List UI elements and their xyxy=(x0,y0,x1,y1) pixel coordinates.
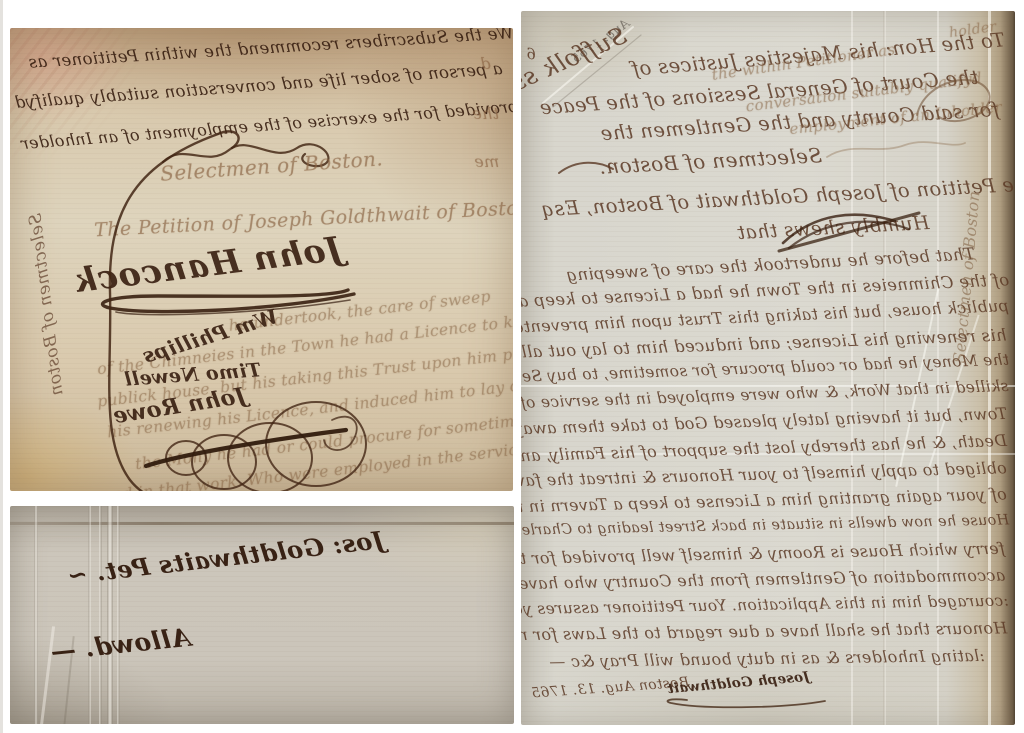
edge-fragment: d xyxy=(480,56,491,72)
body-line: of your again granting him a License to … xyxy=(521,486,1007,515)
crease xyxy=(88,506,91,724)
body-line: House he now dwells in situate in back S… xyxy=(521,513,1009,539)
edge-fragment: the xyxy=(472,106,499,122)
panel-right-photo: 6 Aug. 1765 Suffolk ss To the Hon: his M… xyxy=(521,11,1015,725)
docket-allowed-line: Allowd. — xyxy=(49,625,192,665)
panel-top-left-photo: We the Subscribers recommend the within … xyxy=(10,28,513,491)
heading-line: Selectmen of Boston. xyxy=(599,145,823,177)
signature-underline-flourish xyxy=(659,697,831,711)
body-line: accommodation of Gentlemen from the Coun… xyxy=(521,567,1005,592)
crease xyxy=(34,506,38,724)
body-line: :couraged him in this Application. Your … xyxy=(521,594,1009,618)
margin-brace-flourish xyxy=(68,124,248,491)
showthrough-squiggle xyxy=(821,133,971,167)
body-line: :lating Inholders & as in duty bound wil… xyxy=(549,648,985,670)
crease xyxy=(117,506,120,724)
docket-petition-line: Jos: Goldthwaits Pet. ~ xyxy=(66,528,386,588)
panel-bottom-left-photo: Jos: Goldthwaits Pet. ~ Allowd. — xyxy=(10,506,514,724)
body-line: Honours that he shall have a due regard … xyxy=(521,620,1007,643)
scan-edge-shade xyxy=(0,0,3,733)
edge-fragment: me xyxy=(474,154,499,170)
selectmen-swash-flourish xyxy=(555,157,617,179)
fold-line xyxy=(10,522,514,525)
body-line: ferry which House is Roomy & himself wel… xyxy=(521,541,1005,568)
crease xyxy=(99,506,102,724)
crease xyxy=(107,506,113,724)
scanned-manuscript-composite: { "colors": { "page_background": "#fffff… xyxy=(0,0,1024,733)
